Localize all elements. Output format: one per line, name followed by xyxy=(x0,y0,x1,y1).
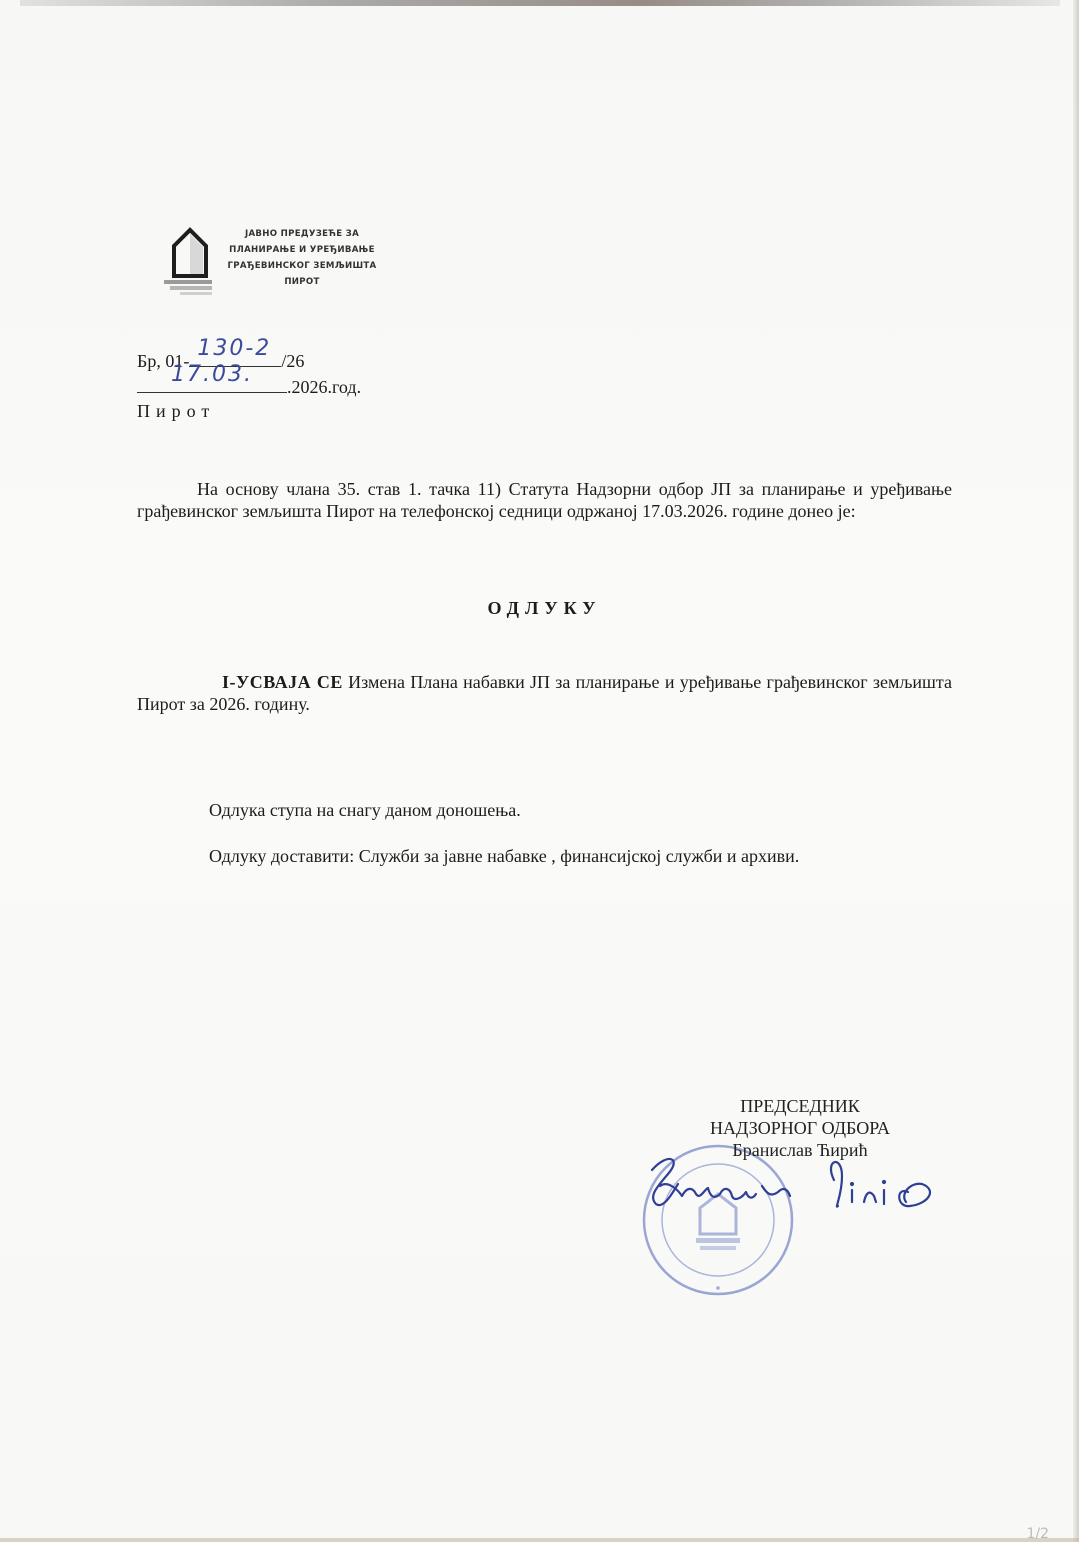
effective-clause: Одлука ступа на снагу даном доношења. xyxy=(209,800,521,821)
paper-top-edge xyxy=(20,0,1060,6)
handwritten-date: 17.03. xyxy=(171,362,253,388)
signer-role-1: ПРЕДСЕДНИК xyxy=(680,1095,920,1117)
reference-block: Бр, 01-130-2/26 17.03..2026.год. Пирот xyxy=(137,346,361,424)
document-page: ЈАВНО ПРЕДУЗЕЋЕ ЗА ПЛАНИРАЊЕ И УРЕЂИВАЊЕ… xyxy=(0,0,1079,1542)
signer-role-2: НАДЗОРНОГ ОДБОРА xyxy=(680,1117,920,1139)
paper-bottom-edge xyxy=(0,1538,1079,1542)
document-title: ОДЛУКУ xyxy=(137,598,952,619)
org-line-3: ГРАЂЕВИНСКОГ ЗЕМЉИШТА xyxy=(222,258,382,274)
org-line-2: ПЛАНИРАЊЕ И УРЕЂИВАЊЕ xyxy=(222,242,382,258)
org-line-4: ПИРОТ xyxy=(222,274,382,290)
intro-paragraph: На основу члана 35. став 1. тачка 11) Ст… xyxy=(137,478,952,522)
handwritten-number: 130-2 xyxy=(197,336,271,362)
paper-right-edge xyxy=(1073,0,1079,1542)
page-number: 1/2 xyxy=(1026,1526,1049,1542)
decision-paragraph: I-УСВАЈА СЕ Измена Плана набавки ЈП за п… xyxy=(137,671,952,715)
org-line-1: ЈАВНО ПРЕДУЗЕЋЕ ЗА xyxy=(222,226,382,242)
date-blank: 17.03. xyxy=(137,372,287,393)
letterhead: ЈАВНО ПРЕДУЗЕЋЕ ЗА ПЛАНИРАЊЕ И УРЕЂИВАЊЕ… xyxy=(160,222,385,294)
decision-lead: I-УСВАЈА СЕ xyxy=(222,672,343,692)
house-outline-icon xyxy=(160,224,220,296)
number-suffix: /26 xyxy=(281,351,304,371)
organization-name: ЈАВНО ПРЕДУЗЕЋЕ ЗА ПЛАНИРАЊЕ И УРЕЂИВАЊЕ… xyxy=(222,226,382,290)
date-suffix: .2026.год. xyxy=(287,377,361,397)
city: Пирот xyxy=(137,398,361,424)
reference-date: 17.03..2026.год. xyxy=(137,372,361,398)
delivery-clause: Одлуку доставити: Служби за јавне набавк… xyxy=(209,846,799,867)
handwritten-signature-icon xyxy=(638,1150,948,1230)
